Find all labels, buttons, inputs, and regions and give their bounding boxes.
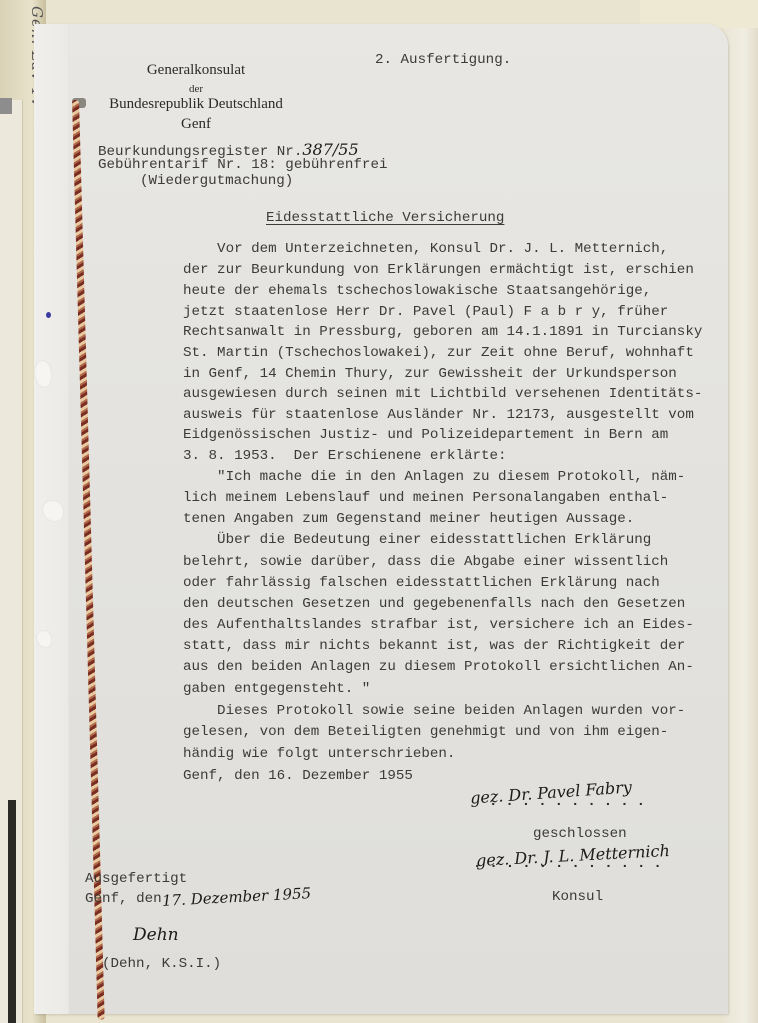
body-line: 3. 8. 1953. Der Erschienene erklärte: [183,446,507,466]
body-line: ausweis für staatenlose Ausländer Nr. 12… [183,405,694,425]
paper-tear [34,360,52,388]
body-line: der zur Beurkundung von Erklärungen ermä… [183,260,694,280]
body-line: des Aufenthaltslandes strafbar ist, vers… [183,615,694,635]
paper-tear [36,630,52,648]
certification-label: Ausgefertigt [85,871,187,887]
body-line: gelesen, von dem Beteiligten genehmigt u… [183,722,668,742]
background-right-sheet [724,0,758,1023]
closing-word: geschlossen [533,826,627,842]
body-line: heute der ehemals tschechoslowakische St… [183,281,651,301]
document-title: Eidesstattliche Versicherung [266,210,504,226]
certifier-name: (Dehn, K.S.I.) [102,956,221,972]
binder-edge [8,800,16,1023]
body-line: jetzt staatenlose Herr Dr. Pavel (Paul) … [183,302,668,322]
place-date-line: Genf, den 16. Dezember 1955 [183,766,413,786]
certification-date: 17. Dezember 1955 [161,884,311,910]
body-line: statt, dass mir nichts bekannt ist, was … [183,636,685,656]
fee-note: (Wiedergutmachung) [140,173,293,189]
body-line: händig wie folgt unterschrieben. [183,744,455,764]
letterhead-line-3: Bundesrepublik Deutschland [66,96,326,113]
body-line: aus den beiden Anlagen zu diesem Protoko… [183,657,694,677]
body-line: lich meinem Lebenslauf und meinen Person… [183,488,668,508]
ink-spot [46,312,51,318]
body-line: St. Martin (Tschechoslowakei), zur Zeit … [183,343,694,363]
body-line: Über die Bedeutung einer eidesstattliche… [183,530,651,550]
folder-tab [0,98,12,114]
copy-label: 2. Ausfertigung. [375,52,511,68]
body-line: gaben entgegensteht. " [183,679,370,699]
body-line: in Genf, 14 Chemin Thury, zur Gewissheit… [183,364,677,384]
letterhead-line-2: der [66,83,326,95]
declarant-dotted-line: .......... [489,794,653,810]
certification-place: Genf, den [85,891,162,907]
body-line: oder fahrlässig falschen eidesstattliche… [183,573,660,593]
body-line: tenen Angaben zum Gegenstand meiner heut… [183,509,634,529]
body-line: Vor dem Unterzeichneten, Konsul Dr. J. L… [183,239,668,259]
consul-dotted-line: ............ [473,856,670,872]
certifier-signature: Dehn [133,925,179,945]
body-line: Rechtsanwalt in Pressburg, geboren am 14… [183,322,702,342]
body-line: Eidgenössischen Justiz- und Polizeidepar… [183,425,668,445]
body-line: "Ich mache die in den Anlagen zu diesem … [183,467,685,487]
letterhead-line-4: Genf [66,116,326,133]
consul-title: Konsul [552,889,603,905]
letterhead-line-1: Generalkonsulat [66,62,326,79]
certification-date-line: Genf, den17. Dezember 1955 [85,888,311,907]
body-line: ausgewiesen durch seinen mit Lichtbild v… [183,384,702,404]
body-line: belehrt, sowie darüber, dass die Abgabe … [183,552,668,572]
paper-tear [42,500,64,522]
fee-line: Gebührentarif Nr. 18: gebührenfrei [98,157,387,173]
body-line: Dieses Protokoll sowie seine beiden Anla… [183,701,685,721]
body-line: den deutschen Gesetzen und gegebenenfall… [183,594,685,614]
